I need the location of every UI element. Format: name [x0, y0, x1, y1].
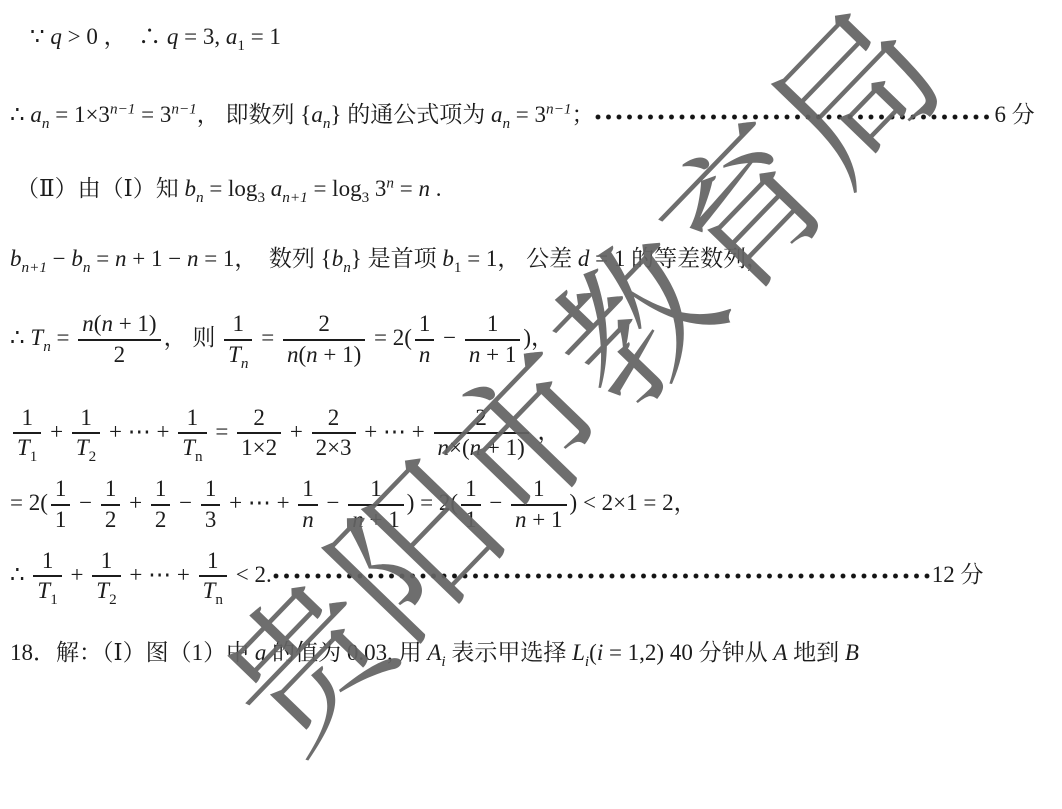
line-sum-expansion: 1T1 + 1T2 + ⋯ + 1Tn = 21×2 + 22×3 + ⋯ + …: [10, 404, 1054, 464]
fraction: n(n + 1)2: [78, 310, 160, 370]
fraction: 1Tn: [199, 547, 227, 607]
dotted-leader: [594, 107, 994, 127]
fraction: 1n + 1: [465, 310, 520, 370]
line-final-inequality: ∴ 1T1 + 1T2 + ⋯ + 1Tn < 2.12 分: [10, 547, 1054, 607]
line-conclusion-q: ∵ q > 0 ， ∴ q = 3, a1 = 1: [30, 20, 1054, 54]
fraction: 12: [101, 475, 121, 535]
line-tn-formula: ∴ Tn = n(n + 1)2， 则 1Tn = 2n(n + 1) = 2(…: [10, 310, 1054, 370]
line-telescoping: = 2(11 − 12 + 12 − 13 + ⋯ + 1n − 1n + 1)…: [10, 475, 1054, 535]
fraction: 1T1: [13, 404, 41, 464]
fraction: 1T2: [72, 404, 100, 464]
fraction: 22×3: [312, 404, 356, 464]
fraction: 1n: [415, 310, 435, 370]
fraction: 1n: [298, 475, 318, 535]
line-part2-intro: （Ⅱ）由（Ⅰ）知 bn = log3 an+1 = log3 3n = n .: [16, 172, 1054, 206]
line-bn-difference: bn+1 − bn = n + 1 − n = 1， 数列 {bn} 是首项 b…: [10, 242, 1054, 276]
fraction: 13: [201, 475, 221, 535]
fraction: 1n + 1: [348, 475, 403, 535]
fraction: 11: [461, 475, 481, 535]
fraction: 11: [51, 475, 71, 535]
fraction: 21×2: [237, 404, 281, 464]
line-problem-18: 18．解：（Ⅰ）图（1）中 a 的值为 0.03, 用 Ai 表示甲选择 Li(…: [10, 636, 1054, 670]
fraction: 1Tn: [224, 310, 252, 370]
fraction: 1Tn: [178, 404, 206, 464]
dotted-leader: [272, 566, 932, 586]
fraction: 2n(n + 1): [283, 310, 365, 370]
document-page: ∵ q > 0 ， ∴ q = 3, a1 = 1∴ an = 1×3n−1 =…: [0, 0, 1062, 809]
fraction: 1T2: [92, 547, 120, 607]
fraction: 12: [151, 475, 171, 535]
solution-content: ∵ q > 0 ， ∴ q = 3, a1 = 1∴ an = 1×3n−1 =…: [10, 20, 1054, 670]
line-general-formula: ∴ an = 1×3n−1 = 3n−1， 即数列 {an} 的通公式项为 an…: [10, 98, 1054, 132]
fraction: 1T1: [33, 547, 61, 607]
fraction: 2n×(n + 1): [434, 404, 529, 464]
fraction: 1n + 1: [511, 475, 566, 535]
